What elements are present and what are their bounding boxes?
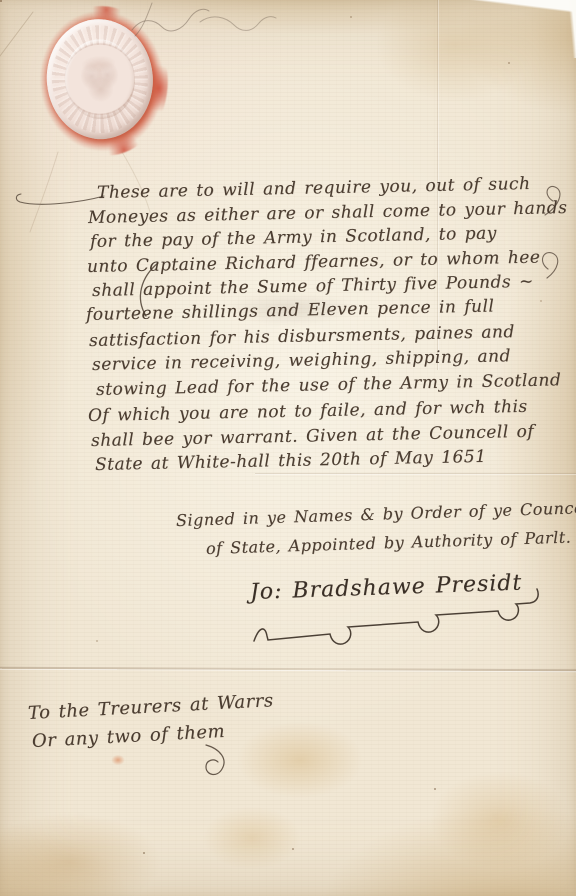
wax-seal (30, 1, 175, 162)
foxing-specks (0, 0, 2, 2)
document-scan: These are to will and require you, out o… (0, 0, 576, 896)
fold-crease-right (255, 473, 576, 474)
paper-edge-right (566, 0, 576, 58)
paper-edge-top-right (426, 0, 576, 14)
